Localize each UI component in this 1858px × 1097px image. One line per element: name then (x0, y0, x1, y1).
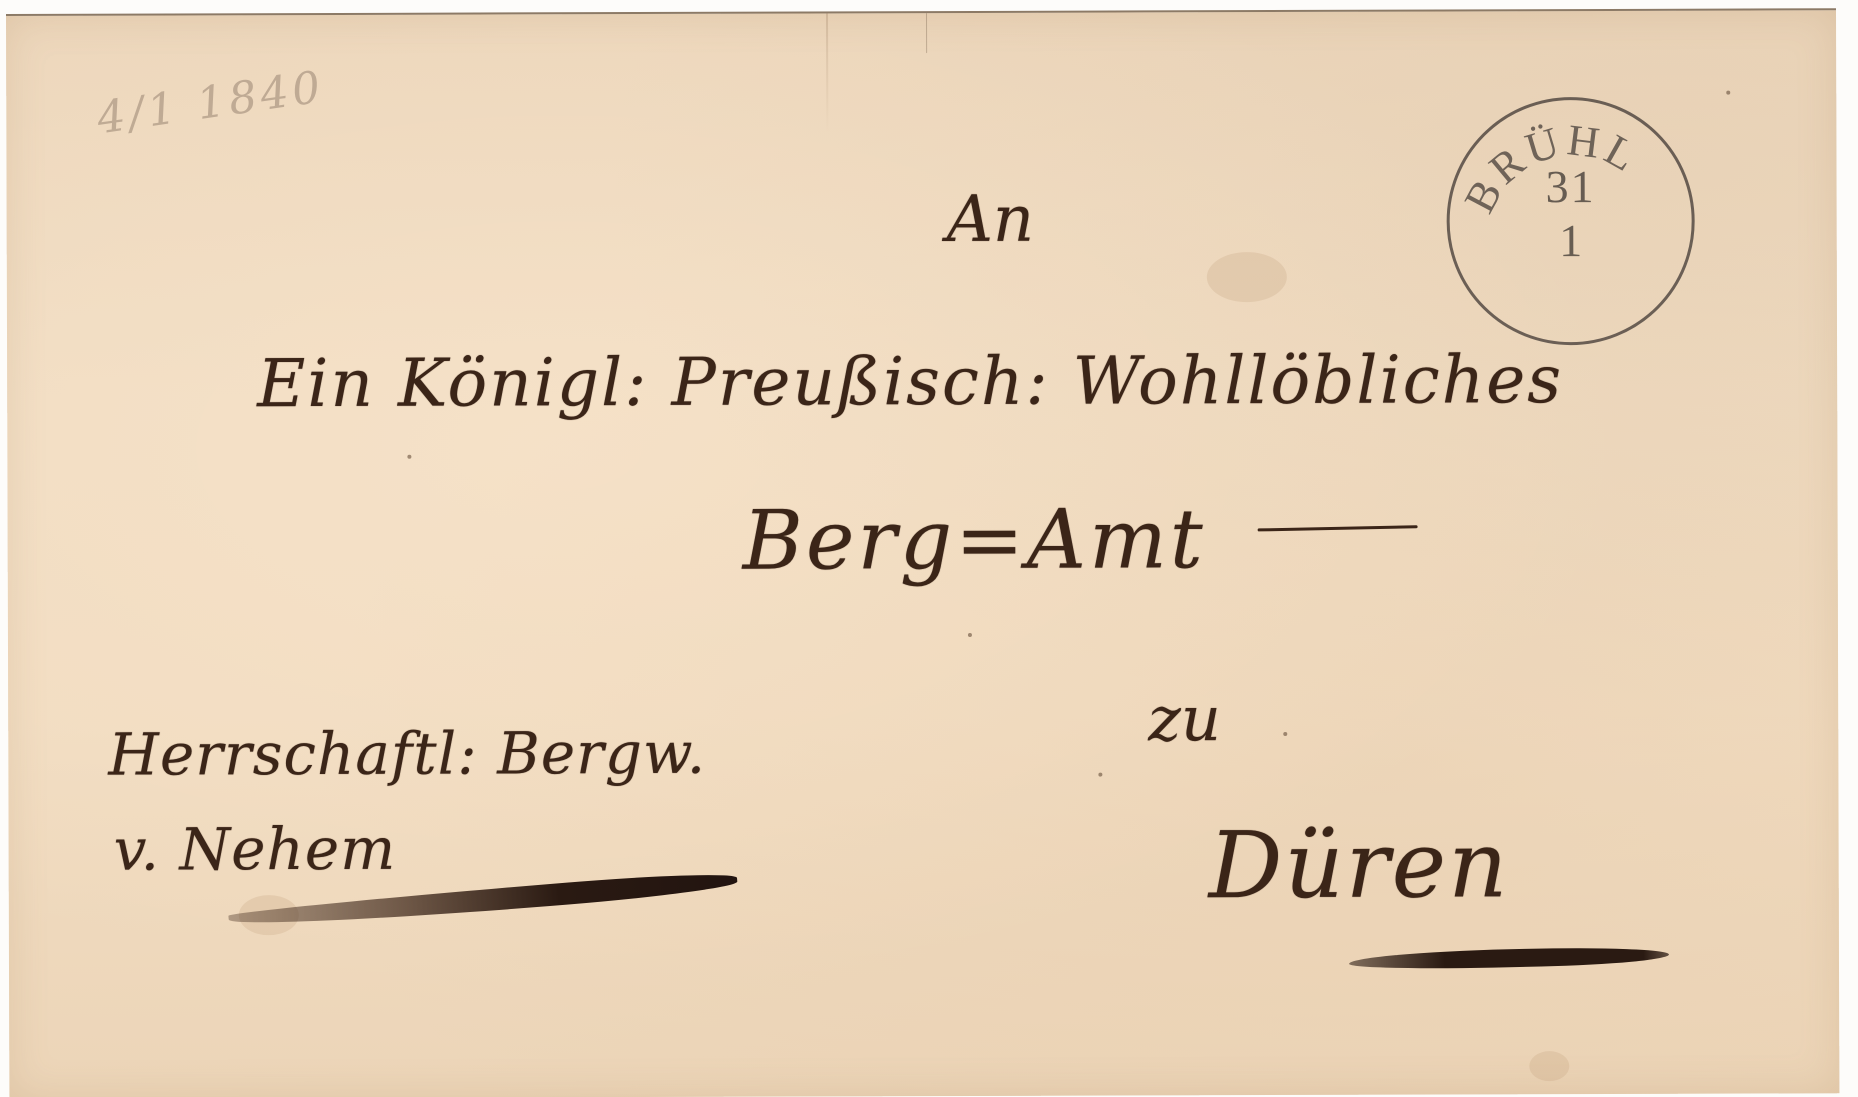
pencil-notation: 4/1 1840 (94, 61, 328, 144)
ink-speck (1283, 732, 1287, 736)
fold-crease (826, 13, 828, 133)
address-addressee: Ein Königl: Preußisch: Wohllöbliches (257, 341, 1563, 422)
ink-speck (407, 455, 411, 459)
sender-note-line-2: v. Nehem (114, 815, 397, 884)
postmark-month: 1 (1450, 214, 1692, 268)
postmark-stamp: BRÜHL 31 1 (1446, 97, 1695, 346)
office-flourish (1258, 525, 1418, 531)
address-city: Düren (1209, 811, 1510, 919)
paper-tear-mark (926, 13, 927, 53)
sender-note-line-1: Herrschaftl: Bergw. (108, 719, 706, 789)
postmark-day: 31 (1449, 160, 1691, 214)
address-preposition: zu (1148, 682, 1221, 755)
paper-stain (1207, 252, 1287, 302)
address-office: Berg=Amt (743, 492, 1206, 588)
ink-speck (1098, 773, 1102, 777)
city-underline-stroke (1349, 945, 1669, 971)
paper-stain (1529, 1051, 1569, 1081)
address-salutation: An (947, 183, 1035, 257)
ink-speck (968, 633, 972, 637)
scan-canvas: 4/1 1840 BRÜHL 31 1 An Ein Königl: Preuß… (0, 0, 1858, 1097)
ink-speck (1726, 91, 1730, 95)
envelope-paper: 4/1 1840 BRÜHL 31 1 An Ein Königl: Preuß… (6, 8, 1839, 1097)
